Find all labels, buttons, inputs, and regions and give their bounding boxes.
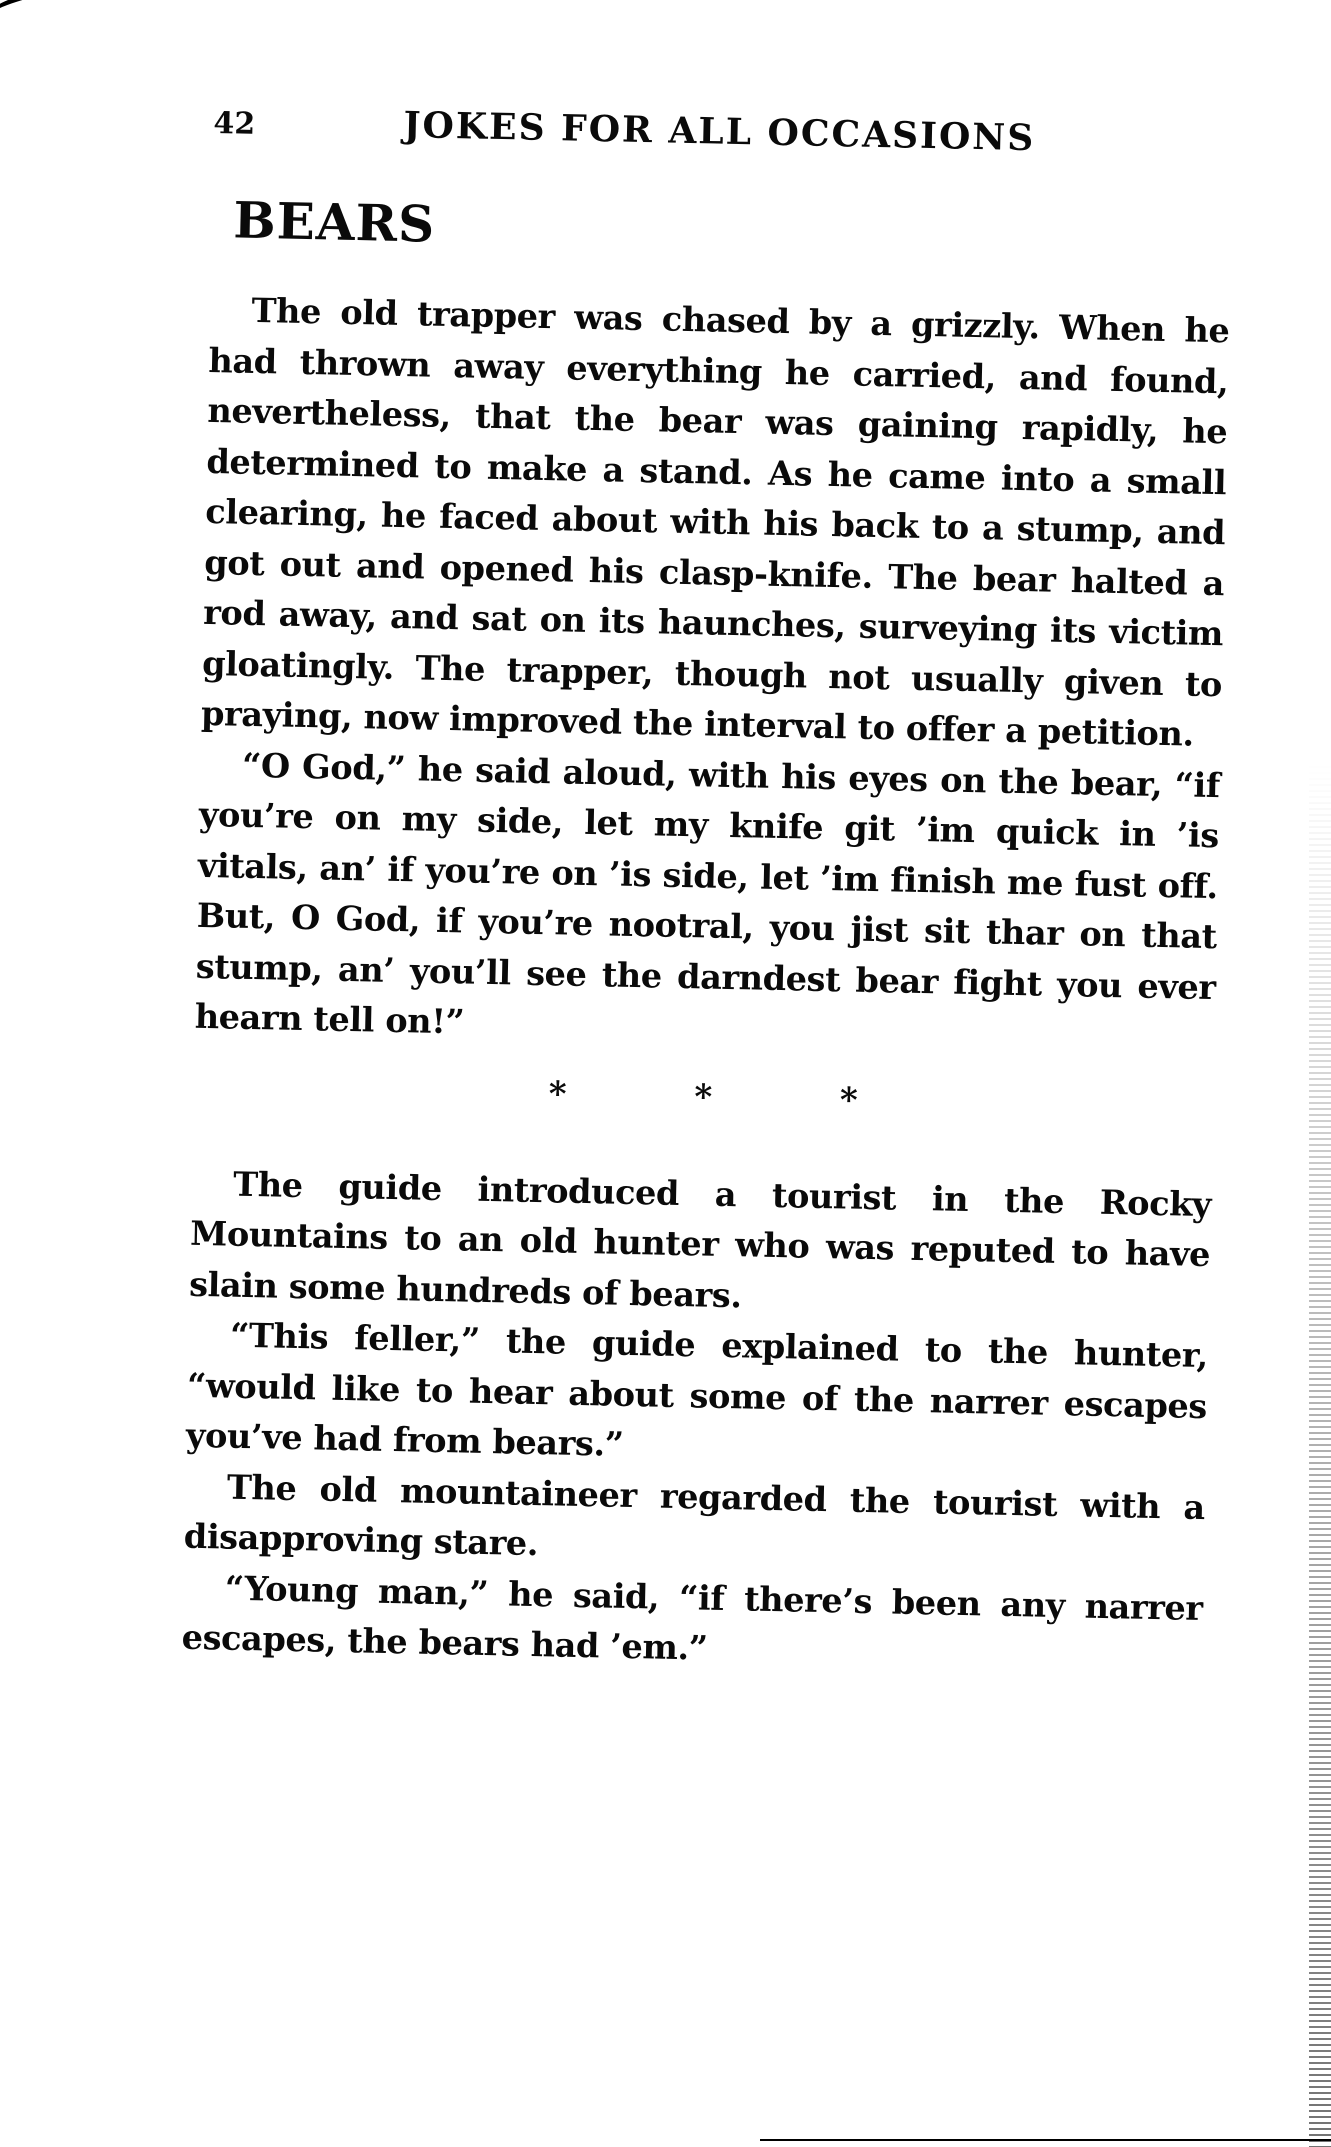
section-separator: * * * bbox=[193, 1066, 1214, 1127]
story-paragraph: The old trapper was chased by a grizzly.… bbox=[201, 285, 1230, 761]
scan-page-curl bbox=[0, 0, 93, 40]
story-paragraph: The guide introduced a tourist in the Ro… bbox=[189, 1158, 1212, 1331]
running-head: 42 JOKES FOR ALL OCCASIONS bbox=[213, 100, 1234, 177]
story-paragraph: “O God,” he said aloud, with his eyes on… bbox=[194, 739, 1220, 1063]
story-guide: The guide introduced a tourist in the Ro… bbox=[181, 1158, 1211, 1684]
story-paragraph: “This feller,” the guide explained to th… bbox=[185, 1310, 1208, 1483]
scan-bottom-edge bbox=[760, 2139, 1331, 2141]
page-number: 42 bbox=[213, 106, 404, 145]
book-page: 42 JOKES FOR ALL OCCASIONS BEARS The old… bbox=[181, 100, 1234, 1685]
story-paragraph: “Young man,” he said, “if there’s been a… bbox=[181, 1562, 1203, 1684]
scan-page-edge bbox=[1309, 760, 1331, 2147]
section-title: BEARS bbox=[233, 190, 1232, 270]
story-trapper: The old trapper was chased by a grizzly.… bbox=[194, 285, 1230, 1064]
running-title: JOKES FOR ALL OCCASIONS bbox=[403, 104, 1036, 159]
